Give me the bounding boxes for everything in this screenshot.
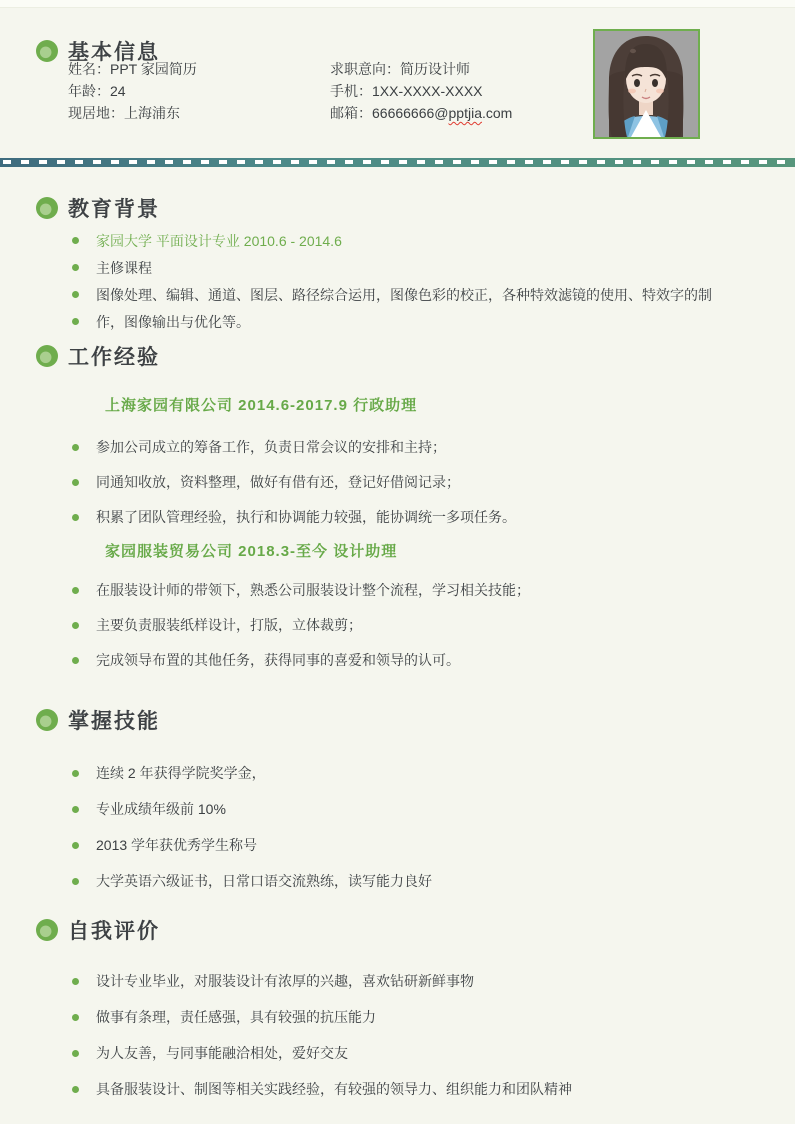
bullet-dot-icon: [72, 842, 79, 849]
self-evaluation-heading: 自我评价: [36, 909, 795, 945]
skill-3: 2013 学年获优秀学生称号: [96, 837, 257, 853]
bullet-dot-icon: [72, 878, 79, 885]
phone-value: 1XX-XXXX-XXXX: [372, 83, 483, 99]
education-section: 教育背景 家园大学 平面设计专业 2010.6 - 2014.6 主修课程 图像…: [0, 167, 795, 335]
list-item: 同通知收放，资料整理，做好有借有还，登记好借阅记录；: [72, 474, 795, 490]
list-item: 完成领导布置的其他任务，获得同事的喜爱和领导的认可。: [72, 652, 795, 668]
job2-bullet-3: 完成领导布置的其他任务，获得同事的喜爱和领导的认可。: [96, 652, 460, 668]
residence-label: 现居地：: [68, 105, 124, 121]
self-evaluation-list: 设计专业毕业，对服装设计有浓厚的兴趣，喜欢钻研新鲜事物 做事有条理，责任感强，具…: [0, 973, 795, 1097]
list-item: 设计专业毕业，对服装设计有浓厚的兴趣，喜欢钻研新鲜事物: [72, 973, 795, 989]
bullet-dot-icon: [72, 291, 79, 298]
basic-info-right-column: 求职意向：简历设计师 手机：1XX-XXXX-XXXX 邮箱：66666666@…: [330, 58, 512, 124]
list-item: 图像处理、编辑、通道、图层、路径综合运用，图像色彩的校正，各种特效滤镜的使用、特…: [72, 281, 795, 308]
self-eval-1: 设计专业毕业，对服装设计有浓厚的兴趣，喜欢钻研新鲜事物: [96, 973, 474, 989]
bullet-dot-icon: [72, 479, 79, 486]
list-item: 为人友善，与同事能融洽相处，爱好交友: [72, 1045, 795, 1061]
section-bullet-icon: [36, 40, 58, 62]
list-item: 具备服装设计、制图等相关实践经验，有较强的领导力、组织能力和团队精神: [72, 1081, 795, 1097]
bullet-dot-icon: [72, 770, 79, 777]
email-spellcheck-part: pptjia: [449, 105, 482, 121]
email-user-part: 66666666@: [372, 105, 449, 121]
list-item: 参加公司成立的筹备工作，负责日常会议的安排和主持；: [72, 439, 795, 455]
bullet-dot-icon: [72, 444, 79, 451]
basic-info-left-column: 姓名：PPT 家园简历 年龄：24 现居地：上海浦东: [68, 58, 330, 124]
section-title: 工作经验: [68, 341, 160, 371]
bullet-dot-icon: [72, 806, 79, 813]
portrait-illustration-icon: [595, 31, 698, 137]
education-courses-label: 主修课程: [96, 260, 152, 276]
self-eval-3: 为人友善，与同事能融洽相处，爱好交友: [96, 1045, 348, 1061]
name-field: 姓名：PPT 家园简历: [68, 58, 330, 80]
age-label: 年龄：: [68, 83, 110, 99]
list-item: 专业成绩年级前 10%: [72, 801, 795, 817]
work-experience-heading: 工作经验: [36, 335, 795, 371]
phone-label: 手机：: [330, 83, 372, 99]
education-courses-line2: 作，图像输出与优化等。: [96, 314, 250, 330]
bullet-dot-icon: [72, 264, 79, 271]
bullet-dot-icon: [72, 587, 79, 594]
skills-list: 连续 2 年获得学院奖学金， 专业成绩年级前 10% 2013 学年获优秀学生称…: [0, 765, 795, 889]
job-intention-value: 简历设计师: [400, 61, 470, 77]
self-evaluation-section: 自我评价 设计专业毕业，对服装设计有浓厚的兴趣，喜欢钻研新鲜事物 做事有条理，责…: [0, 909, 795, 1097]
basic-info-grid: 姓名：PPT 家园简历 年龄：24 现居地：上海浦东 求职意向：简历设计师 手机…: [68, 58, 512, 124]
skill-2: 专业成绩年级前 10%: [96, 801, 226, 817]
job2-bullet-2: 主要负责服装纸样设计，打版，立体裁剪；: [96, 617, 362, 633]
bullet-dot-icon: [72, 514, 79, 521]
bullet-dot-icon: [72, 1014, 79, 1021]
job-intention-label: 求职意向：: [330, 61, 400, 77]
section-bullet-icon: [36, 197, 58, 219]
job1-company-heading: 上海家园有限公司 2014.6-2017.9 行政助理: [105, 398, 795, 414]
residence-field: 现居地：上海浦东: [68, 102, 330, 124]
list-item: 家园大学 平面设计专业 2010.6 - 2014.6: [72, 227, 795, 254]
list-item: 连续 2 年获得学院奖学金，: [72, 765, 795, 781]
job2-bullet-1: 在服装设计师的带领下，熟悉公司服装设计整个流程，学习相关技能；: [96, 582, 530, 598]
job2-company-heading: 家园服装贸易公司 2018.3-至今 设计助理: [105, 544, 795, 560]
bullet-dot-icon: [72, 1050, 79, 1057]
education-list: 家园大学 平面设计专业 2010.6 - 2014.6 主修课程 图像处理、编辑…: [0, 227, 795, 335]
phone-field: 手机：1XX-XXXX-XXXX: [330, 80, 512, 102]
bullet-dot-icon: [72, 1086, 79, 1093]
email-field: 邮箱：66666666@pptjia.com: [330, 102, 512, 124]
education-courses-line1: 图像处理、编辑、通道、图层、路径综合运用，图像色彩的校正，各种特效滤镜的使用、特…: [96, 287, 712, 303]
job1-bullet-list: 参加公司成立的筹备工作，负责日常会议的安排和主持； 同通知收放，资料整理，做好有…: [0, 439, 795, 525]
education-school-line: 家园大学 平面设计专业 2010.6 - 2014.6: [96, 233, 342, 249]
list-item: 积累了团队管理经验，执行和协调能力较强，能协调统一多项任务。: [72, 509, 795, 525]
basic-info-section: 基本信息 姓名：PPT 家园简历 年龄：24 现居地：上海浦东 求职意向：简历设…: [0, 0, 795, 158]
section-title: 自我评价: [68, 915, 160, 945]
self-eval-2: 做事有条理，责任感强，具有较强的抗压能力: [96, 1009, 376, 1025]
resume-page: 基本信息 姓名：PPT 家园简历 年龄：24 现居地：上海浦东 求职意向：简历设…: [0, 0, 795, 1124]
name-value: PPT 家园简历: [110, 61, 197, 77]
age-value: 24: [110, 83, 126, 99]
job1-bullet-1: 参加公司成立的筹备工作，负责日常会议的安排和主持；: [96, 439, 446, 455]
list-item: 主要负责服装纸样设计，打版，立体裁剪；: [72, 617, 795, 633]
bullet-dot-icon: [72, 318, 79, 325]
profile-photo: [593, 29, 700, 139]
list-item: 作，图像输出与优化等。: [72, 308, 795, 335]
section-bullet-icon: [36, 919, 58, 941]
job1-bullet-3: 积累了团队管理经验，执行和协调能力较强，能协调统一多项任务。: [96, 509, 516, 525]
skill-1: 连续 2 年获得学院奖学金，: [96, 765, 266, 781]
bullet-dot-icon: [72, 657, 79, 664]
list-item: 主修课程: [72, 254, 795, 281]
list-item: 大学英语六级证书，日常口语交流熟练，读写能力良好: [72, 873, 795, 889]
section-title: 教育背景: [68, 193, 160, 223]
age-field: 年龄：24: [68, 80, 330, 102]
email-label: 邮箱：: [330, 105, 372, 121]
section-title: 掌握技能: [68, 705, 160, 735]
bullet-dot-icon: [72, 237, 79, 244]
section-bullet-icon: [36, 345, 58, 367]
skills-section: 掌握技能 连续 2 年获得学院奖学金， 专业成绩年级前 10% 2013 学年获…: [0, 687, 795, 889]
job2-bullet-list: 在服装设计师的带领下，熟悉公司服装设计整个流程，学习相关技能； 主要负责服装纸样…: [0, 582, 795, 668]
self-eval-4: 具备服装设计、制图等相关实践经验，有较强的领导力、组织能力和团队精神: [96, 1081, 572, 1097]
education-heading: 教育背景: [36, 167, 795, 223]
email-domain-part: .com: [482, 105, 512, 121]
bullet-dot-icon: [72, 978, 79, 985]
work-experience-section: 工作经验 上海家园有限公司 2014.6-2017.9 行政助理 参加公司成立的…: [0, 335, 795, 668]
list-item: 在服装设计师的带领下，熟悉公司服装设计整个流程，学习相关技能；: [72, 582, 795, 598]
email-value: 66666666@pptjia.com: [372, 105, 512, 121]
list-item: 做事有条理，责任感强，具有较强的抗压能力: [72, 1009, 795, 1025]
job1-bullet-2: 同通知收放，资料整理，做好有借有还，登记好借阅记录；: [96, 474, 460, 490]
bullet-dot-icon: [72, 622, 79, 629]
job-intention-field: 求职意向：简历设计师: [330, 58, 512, 80]
dashed-divider: [0, 158, 795, 167]
name-label: 姓名：: [68, 61, 110, 77]
skill-4: 大学英语六级证书，日常口语交流熟练，读写能力良好: [96, 873, 432, 889]
residence-value: 上海浦东: [124, 105, 180, 121]
divider-dashes: [3, 160, 795, 164]
skills-heading: 掌握技能: [36, 687, 795, 735]
list-item: 2013 学年获优秀学生称号: [72, 837, 795, 853]
section-bullet-icon: [36, 709, 58, 731]
